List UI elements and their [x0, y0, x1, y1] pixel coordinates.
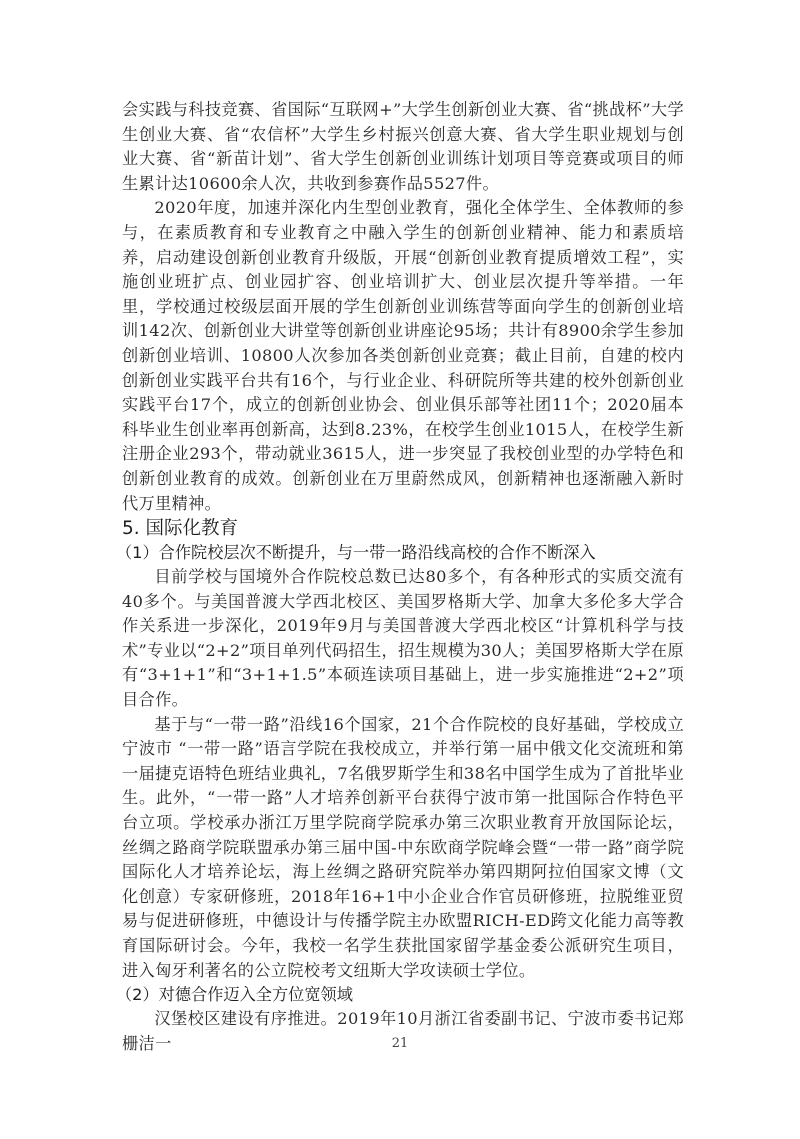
subsection-heading: （1）合作院校层次不断提升，与一带一路沿线高校的合作不断深入 — [116, 541, 684, 565]
body-paragraph: 会实践与科技竞赛、省国际“互联网+”大学生创新创业大赛、省“挑战杯”大学生创业大… — [122, 98, 684, 196]
section-heading: 5. 国际化教育 — [122, 516, 684, 541]
body-paragraph: 基于与“一带一路”沿线16个国家，21个合作院校的良好基础，学校成立宁波市 “一… — [122, 713, 684, 984]
body-paragraph: 2020年度，加速并深化内生型创业教育，强化全体学生、全体教师的参与，在素质教育… — [122, 196, 684, 516]
body-paragraph: 目前学校与国境外合作院校总数已达80多个，有各种形式的实质交流有40多个。与美国… — [122, 565, 684, 713]
page-number: 21 — [0, 1036, 800, 1051]
subsection-heading: （2）对德合作迈入全方位宽领域 — [116, 983, 684, 1007]
document-page: 会实践与科技竞赛、省国际“互联网+”大学生创新创业大赛、省“挑战杯”大学生创业大… — [122, 98, 684, 1056]
